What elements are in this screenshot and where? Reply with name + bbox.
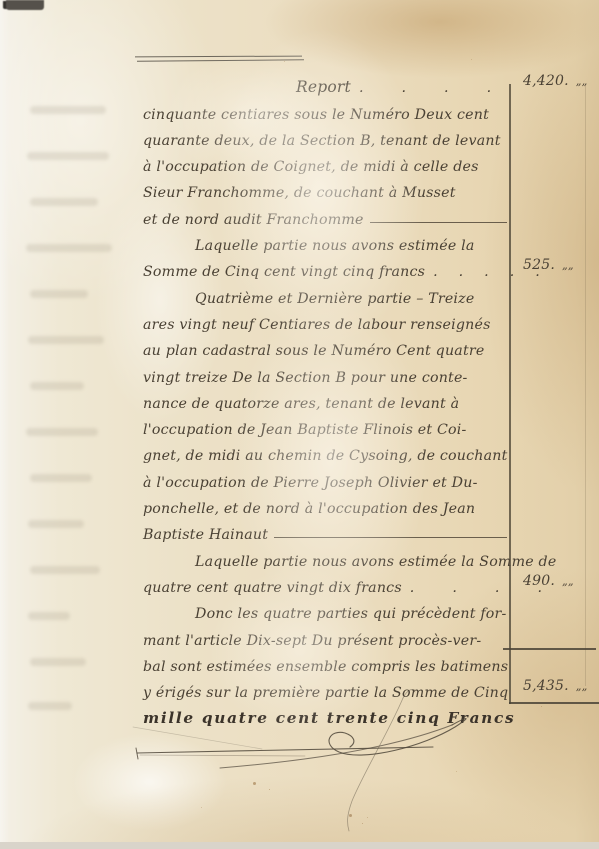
amount-cell: 525.„„ bbox=[509, 257, 574, 273]
amount-centimes-ditto: „„ bbox=[576, 75, 588, 88]
manuscript-line: à l'occupation de Coignet, de midi à cel… bbox=[143, 149, 595, 175]
line-text: au plan cadastral sous le Numéro Cent qu… bbox=[143, 343, 484, 359]
amount-centimes-ditto: „„ bbox=[562, 575, 574, 588]
amount-cell: 4,420.„„ bbox=[509, 73, 588, 89]
line-text: Laquelle partie nous avons estimée la bbox=[195, 238, 475, 254]
manuscript-line: gnet, de midi au chemin de Cysoing, de c… bbox=[143, 438, 595, 464]
manuscript-line: Laquelle partie nous avons estimée la bbox=[143, 228, 595, 254]
line-text: y érigés sur la première partie la Somme… bbox=[143, 685, 508, 701]
manuscript-line: Baptiste Hainaut bbox=[143, 517, 595, 543]
scan-edge-left bbox=[0, 0, 9, 849]
manuscript-line: et de nord audit Franchomme bbox=[143, 201, 595, 227]
amount-value: 490. bbox=[523, 573, 555, 589]
manuscript-line: à l'occupation de Pierre Joseph Olivier … bbox=[143, 464, 595, 490]
line-text: Laquelle partie nous avons estimée la So… bbox=[195, 554, 556, 570]
amount-centimes-ditto: „„ bbox=[562, 259, 574, 272]
manuscript-line: Laquelle partie nous avons estimée la So… bbox=[143, 543, 595, 569]
manuscript-line: mant l'article Dix-sept Du présent procè… bbox=[143, 622, 595, 648]
manuscript-line: vingt treize De la Section B pour une co… bbox=[143, 359, 595, 385]
line-text: Quatrième et Dernière partie – Treize bbox=[195, 291, 474, 307]
manuscript-line: ponchelle, et de nord à l'occupation des… bbox=[143, 491, 595, 517]
scan-corner-mark bbox=[6, 0, 44, 10]
amount-cell: 5,435.„„ bbox=[509, 678, 588, 694]
line-text: Sieur Franchomme, de couchant à Musset bbox=[143, 185, 456, 201]
line-text: l'occupation de Jean Baptiste Flinois et… bbox=[143, 422, 467, 438]
line-text: mant l'article Dix-sept Du présent procè… bbox=[143, 633, 481, 649]
line-text: mille quatre cent trente cinq Francs bbox=[143, 709, 515, 727]
manuscript-line: nance de quatorze ares, tenant de levant… bbox=[143, 386, 595, 412]
manuscript-line: Somme de Cinq cent vingt cinq francs. . … bbox=[143, 254, 595, 280]
line-text: ares vingt neuf Centiares de labour rens… bbox=[143, 317, 491, 333]
leader-dots: . . . . bbox=[351, 80, 495, 96]
trailing-rule bbox=[274, 537, 507, 538]
line-text: quarante deux, de la Section B, tenant d… bbox=[143, 133, 501, 149]
manuscript-line: Report. . . . 4,420.„„ bbox=[143, 70, 595, 96]
amount-value: 4,420. bbox=[523, 73, 569, 89]
manuscript-line: cinquante centiares sous le Numéro Deux … bbox=[143, 96, 595, 122]
line-text: Donc les quatre parties qui précèdent fo… bbox=[195, 606, 507, 622]
line-text: Report bbox=[296, 78, 351, 96]
foxing-spots bbox=[253, 782, 256, 785]
line-text: à l'occupation de Coignet, de midi à cel… bbox=[143, 159, 479, 175]
manuscript-line: y érigés sur la première partie la Somme… bbox=[143, 675, 595, 701]
manuscript-line: au plan cadastral sous le Numéro Cent qu… bbox=[143, 333, 595, 359]
manuscript-lines: Report. . . . 4,420.„„ cinquante centiar… bbox=[143, 70, 595, 727]
line-text: ponchelle, et de nord à l'occupation des… bbox=[143, 501, 475, 517]
manuscript-line: quarante deux, de la Section B, tenant d… bbox=[143, 123, 595, 149]
scan-edge-bottom bbox=[0, 842, 599, 849]
manuscript-line: bal sont estimées ensemble compris les b… bbox=[143, 649, 595, 675]
line-text: et de nord audit Franchomme bbox=[143, 212, 364, 228]
manuscript-line: l'occupation de Jean Baptiste Flinois et… bbox=[143, 412, 595, 438]
manuscript-line: ares vingt neuf Centiares de labour rens… bbox=[143, 307, 595, 333]
scanned-manuscript-page: Report. . . . 4,420.„„ cinquante centiar… bbox=[0, 0, 599, 849]
line-text: nance de quatorze ares, tenant de levant… bbox=[143, 396, 459, 412]
line-text: à l'occupation de Pierre Joseph Olivier … bbox=[143, 475, 478, 491]
trailing-rule bbox=[370, 222, 507, 223]
line-text: bal sont estimées ensemble compris les b… bbox=[143, 659, 508, 675]
amount-centimes-ditto: „„ bbox=[576, 680, 588, 693]
amount-value: 525. bbox=[523, 257, 555, 273]
line-text: vingt treize De la Section B pour une co… bbox=[143, 370, 468, 386]
amount-value: 5,435. bbox=[523, 678, 569, 694]
line-text: Somme de Cinq cent vingt cinq francs bbox=[143, 264, 425, 280]
amount-cell: 490.„„ bbox=[509, 573, 574, 589]
line-text: quatre cent quatre vingt dix francs bbox=[143, 580, 402, 596]
manuscript-line: Donc les quatre parties qui précèdent fo… bbox=[143, 596, 595, 622]
manuscript-line: Sieur Franchomme, de couchant à Musset bbox=[143, 175, 595, 201]
line-text: cinquante centiares sous le Numéro Deux … bbox=[143, 107, 489, 123]
manuscript-line: quatre cent quatre vingt dix francs. . .… bbox=[143, 570, 595, 596]
line-text: gnet, de midi au chemin de Cysoing, de c… bbox=[143, 448, 508, 464]
manuscript-line: mille quatre cent trente cinq Francs bbox=[143, 701, 595, 727]
line-text: Baptiste Hainaut bbox=[143, 527, 268, 543]
manuscript-line: Quatrième et Dernière partie – Treize bbox=[143, 280, 595, 306]
